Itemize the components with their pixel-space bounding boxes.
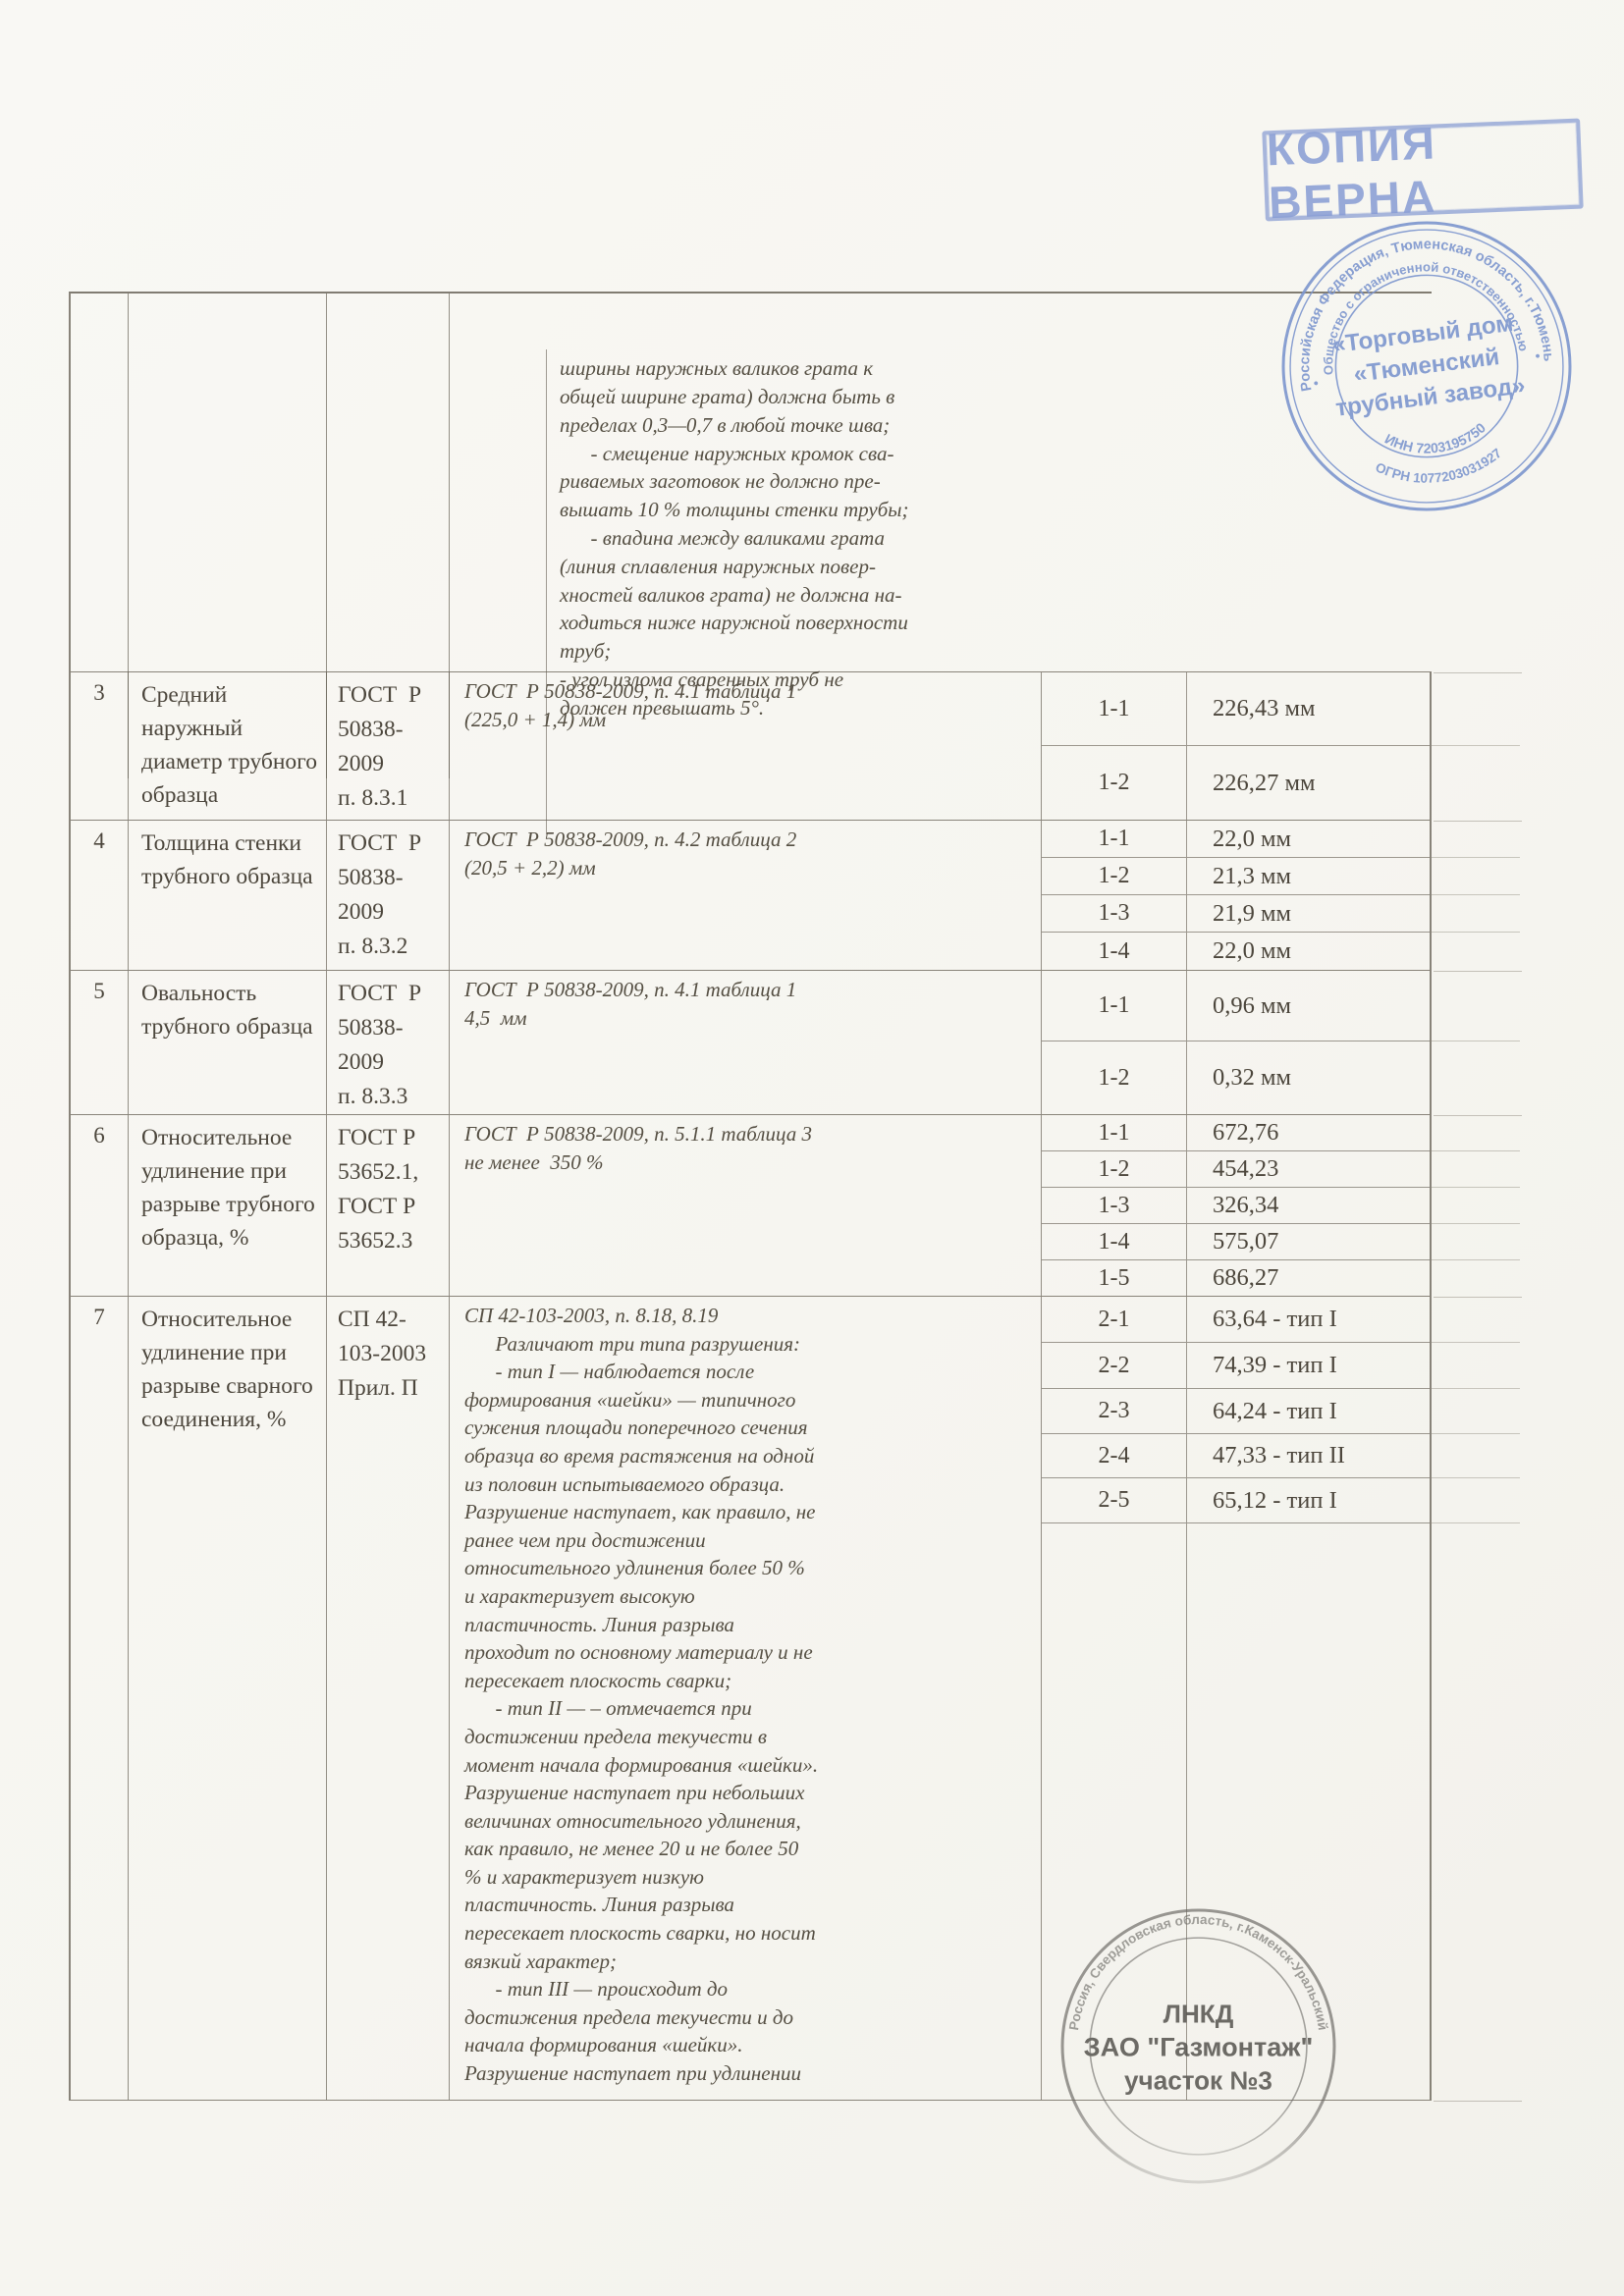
result-subrow: 1-2 454,23 (1042, 1151, 1430, 1188)
sample-id: 2-2 (1042, 1343, 1186, 1388)
results-group: 1-1 672,76 1-2 454,23 1-3 326,34 1-4 575… (1041, 1115, 1432, 1296)
parameter-name: Относительное удлинение при разрыве труб… (128, 1115, 326, 1296)
row-number: 3 (71, 672, 128, 820)
result-value: 63,64 - тип I (1186, 1297, 1430, 1342)
sample-id: 1-1 (1042, 672, 1186, 745)
sample-id: 1-5 (1042, 1260, 1186, 1296)
lab-round-seal: Россия, Свердловская область, г.Каменск-… (1053, 1900, 1343, 2191)
result-value: 47,33 - тип II (1186, 1434, 1430, 1477)
sample-id: 1-2 (1042, 746, 1186, 820)
svg-text:ИНН 7203195750: ИНН 7203195750 (1380, 418, 1490, 461)
sample-id: 2-5 (1042, 1478, 1186, 1522)
result-value: 64,24 - тип I (1186, 1389, 1430, 1433)
sample-id: 1-1 (1042, 971, 1186, 1041)
row-number: 5 (71, 971, 128, 1114)
standard-reference: ГОСТ Р 50838- 2009 п. 8.3.2 (326, 821, 449, 970)
lab-seal-center-line2: ЗАО "Газмонтаж" (1084, 2032, 1314, 2062)
row-number: 7 (71, 1297, 128, 2100)
table-row: 6 Относительное удлинение при разрыве тр… (71, 1115, 1432, 1297)
result-subrow: 1-3 326,34 (1042, 1188, 1430, 1224)
result-subrow: 1-1 672,76 (1042, 1115, 1430, 1151)
parameter-name: Относительное удлинение при разрыве свар… (128, 1297, 326, 2100)
method-description: ГОСТ Р 50838-2009, п. 4.1 таблица 1 (225… (449, 672, 1041, 820)
results-group: 1-1 226,43 мм 1-2 226,27 мм (1041, 672, 1432, 820)
result-value: 326,34 (1186, 1188, 1430, 1223)
lab-seal-center-line3: участок №3 (1124, 2066, 1272, 2096)
table-row: 3 Средний наружный диаметр трубного обра… (71, 672, 1432, 821)
lab-seal-center-line1: ЛНКД (1164, 1999, 1234, 2028)
standard-reference: ГОСТ Р 50838- 2009 п. 8.3.1 (326, 672, 449, 820)
table-row: 4 Толщина стенки трубного образца ГОСТ Р… (71, 821, 1432, 971)
sample-id: 1-2 (1042, 858, 1186, 894)
method-description: ГОСТ Р 50838-2009, п. 4.2 таблица 2 (20,… (449, 821, 1041, 970)
result-subrow: 1-2 226,27 мм (1042, 746, 1430, 820)
result-value: 454,23 (1186, 1151, 1430, 1187)
result-value: 0,96 мм (1186, 971, 1430, 1041)
row-number: 6 (71, 1115, 128, 1296)
result-subrow: 1-4 22,0 мм (1042, 933, 1430, 970)
result-subrow: 2-3 64,24 - тип I (1042, 1389, 1430, 1434)
result-value: 22,0 мм (1186, 821, 1430, 857)
results-group: 1-1 0,96 мм 1-2 0,32 мм (1041, 971, 1432, 1114)
result-value: 226,27 мм (1186, 746, 1430, 820)
row-number: 4 (71, 821, 128, 970)
result-subrow: 1-2 0,32 мм (1042, 1041, 1430, 1114)
result-value: 226,43 мм (1186, 672, 1430, 745)
result-value: 0,32 мм (1186, 1041, 1430, 1114)
sample-id: 1-3 (1042, 895, 1186, 932)
standard-reference: СП 42- 103-2003 Прил. П (326, 1297, 449, 2100)
method-description: СП 42-103-2003, п. 8.18, 8.19 Различают … (449, 1297, 1041, 2100)
scanned-document-page: ширины наружных валиков грата к общей ши… (0, 0, 1624, 2296)
sample-id: 1-4 (1042, 933, 1186, 970)
result-subrow: 1-4 575,07 (1042, 1224, 1430, 1260)
sample-id: 1-1 (1042, 1115, 1186, 1150)
result-subrow: 1-1 0,96 мм (1042, 971, 1430, 1041)
result-subrow: 1-2 21,3 мм (1042, 858, 1430, 895)
parameter-name: Овальность трубного образца (128, 971, 326, 1114)
result-value: 74,39 - тип I (1186, 1343, 1430, 1388)
sample-id: 1-2 (1042, 1151, 1186, 1187)
result-value: 22,0 мм (1186, 933, 1430, 970)
result-value: 672,76 (1186, 1115, 1430, 1150)
result-value: 575,07 (1186, 1224, 1430, 1259)
result-subrow: 1-1 22,0 мм (1042, 821, 1430, 858)
sample-id: 2-1 (1042, 1297, 1186, 1342)
sample-id: 1-1 (1042, 821, 1186, 857)
table-row-continuation: ширины наружных валиков грата к общей ши… (71, 294, 1432, 672)
seal-dot-left: ● (1313, 378, 1320, 389)
standard-reference: ГОСТ Р 53652.1, ГОСТ Р 53652.3 (326, 1115, 449, 1296)
standard-reference: ГОСТ Р 50838- 2009 п. 8.3.3 (326, 971, 449, 1114)
result-value: 686,27 (1186, 1260, 1430, 1296)
parameter-name: Толщина стенки трубного образца (128, 821, 326, 970)
seal-inn-text: ИНН 7203195750 (1380, 418, 1490, 461)
sample-id: 1-3 (1042, 1188, 1186, 1223)
result-value: 21,9 мм (1186, 895, 1430, 932)
method-description: ГОСТ Р 50838-2009, п. 5.1.1 таблица 3 не… (449, 1115, 1041, 1296)
result-subrow: 2-5 65,12 - тип I (1042, 1478, 1430, 1523)
method-description: ГОСТ Р 50838-2009, п. 4.1 таблица 1 4,5 … (449, 971, 1041, 1114)
sample-id: 1-4 (1042, 1224, 1186, 1259)
result-value: 21,3 мм (1186, 858, 1430, 894)
sample-id: 2-3 (1042, 1389, 1186, 1433)
result-value: 65,12 - тип I (1186, 1478, 1430, 1522)
result-subrow: 1-1 226,43 мм (1042, 672, 1430, 746)
table-row: 5 Овальность трубного образца ГОСТ Р 508… (71, 971, 1432, 1115)
results-group: 1-1 22,0 мм 1-2 21,3 мм 1-3 21,9 мм 1-4 … (1041, 821, 1432, 970)
result-subrow: 2-4 47,33 - тип II (1042, 1434, 1430, 1478)
result-subrow: 1-3 21,9 мм (1042, 895, 1430, 933)
test-results-table: ширины наружных валиков грата к общей ши… (69, 292, 1432, 2101)
result-subrow: 2-1 63,64 - тип I (1042, 1297, 1430, 1343)
sample-id: 2-4 (1042, 1434, 1186, 1477)
sample-id: 1-2 (1042, 1041, 1186, 1114)
result-subrow: 1-5 686,27 (1042, 1260, 1430, 1296)
company-round-seal: Российская Федерация, Тюменская область,… (1261, 200, 1594, 533)
result-subrow: 2-2 74,39 - тип I (1042, 1343, 1430, 1389)
parameter-name: Средний наружный диаметр трубного образц… (128, 672, 326, 820)
